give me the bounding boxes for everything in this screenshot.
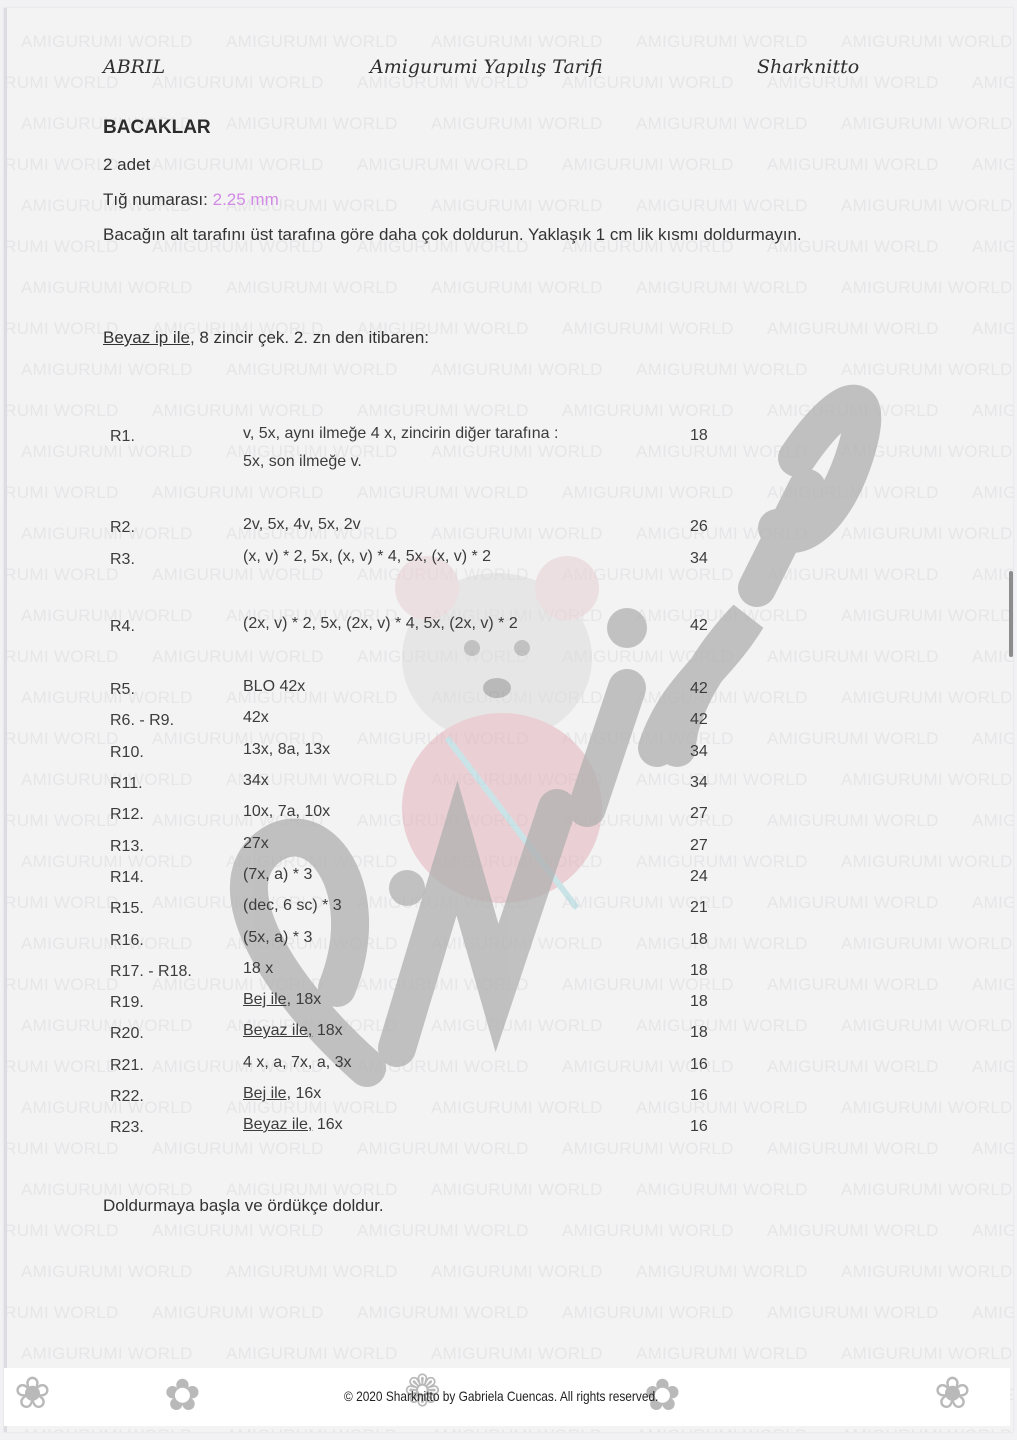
amigurumi-logo-watermark	[157, 288, 957, 1108]
row-label: R2.	[110, 519, 135, 537]
row-stitch-count: 16	[690, 1056, 708, 1074]
row-stitch-count: 27	[690, 837, 708, 855]
row-instruction: (x, v) * 2, 5x, (x, v) * 4, 5x, (x, v) *…	[243, 548, 491, 566]
row-label: R11.	[110, 775, 143, 793]
row-instruction: Bej ile, 16x	[243, 1085, 321, 1103]
footer: ❀ ✿ ❁ ✿ ❀ © 2020 Sharknitto by Gabriela …	[4, 1368, 1010, 1426]
quantity-text: 2 adet	[103, 155, 150, 175]
header-brand: Sharknitto	[757, 56, 859, 78]
yarn-color-change: Bej ile,	[243, 991, 291, 1008]
row-instruction: (dec, 6 sc) * 3	[243, 897, 342, 915]
start-rest: , 8 zincir çek. 2. zn den itibaren:	[190, 328, 429, 347]
row-label: R19.	[110, 994, 144, 1012]
row-stitch-count: 18	[690, 931, 708, 949]
row-label: R16.	[110, 932, 144, 950]
row-stitch-count: 34	[690, 550, 708, 568]
row-instruction: 18 x	[243, 960, 273, 978]
scrollbar-thumb[interactable]	[1009, 571, 1013, 657]
row-label: R1.	[110, 428, 135, 446]
row-instruction: 34x	[243, 772, 269, 790]
header-title: Amigurumi Yapılış Tarifi	[370, 56, 603, 78]
row-stitch-count: 34	[690, 743, 708, 761]
floral-decoration-icon: ✿	[164, 1374, 201, 1418]
hook-size-value: 2.25 mm	[213, 190, 279, 209]
row-instruction: 13x, 8a, 13x	[243, 741, 330, 759]
row-label: R6. - R9.	[110, 712, 174, 730]
section-title: BACAKLAR	[103, 117, 211, 139]
row-stitch-count: 42	[690, 711, 708, 729]
row-label: R12.	[110, 806, 144, 824]
row-stitch-count: 42	[690, 680, 708, 698]
row-instruction: 27x	[243, 835, 269, 853]
row-label: R10.	[110, 744, 144, 762]
row-label: R23.	[110, 1119, 144, 1137]
floral-decoration-icon: ❀	[14, 1372, 51, 1416]
row-label: R15.	[110, 900, 144, 918]
row-stitch-count: 24	[690, 868, 708, 886]
row-instruction: (2x, v) * 2, 5x, (2x, v) * 4, 5x, (2x, v…	[243, 615, 518, 633]
row-instruction: Beyaz ile, 18x	[243, 1022, 343, 1040]
row-instruction: (5x, a) * 3	[243, 929, 312, 947]
row-instruction: 42x	[243, 709, 269, 727]
row-label: R21.	[110, 1057, 144, 1075]
row-stitch-count: 16	[690, 1087, 708, 1105]
row-stitch-count: 34	[690, 774, 708, 792]
row-label: R17. - R18.	[110, 963, 192, 981]
hook-size-line: Tığ numarası: 2.25 mm	[103, 190, 279, 210]
row-stitch-count: 42	[690, 617, 708, 635]
row-label: R5.	[110, 681, 135, 699]
floral-decoration-icon: ❀	[934, 1372, 971, 1416]
row-stitch-count: 18	[690, 993, 708, 1011]
row-stitch-count: 27	[690, 805, 708, 823]
row-stitch-count: 21	[690, 899, 708, 917]
row-label: R14.	[110, 869, 144, 887]
row-label: R4.	[110, 618, 135, 636]
row-instruction: v, 5x, aynı ilmeğe 4 x, zincirin diğer t…	[243, 425, 558, 443]
row-label: R20.	[110, 1025, 144, 1043]
yarn-color-change: Beyaz ile,	[243, 1116, 312, 1133]
start-color: Beyaz ip ile	[103, 328, 190, 347]
row-label: R13.	[110, 838, 144, 856]
row-instruction: (7x, a) * 3	[243, 866, 312, 884]
row-stitch-count: 26	[690, 518, 708, 536]
row-instruction: 2v, 5x, 4v, 5x, 2v	[243, 516, 361, 534]
yarn-color-change: Bej ile,	[243, 1085, 291, 1102]
hook-size-label: Tığ numarası:	[103, 190, 208, 209]
start-instruction: Beyaz ip ile, 8 zincir çek. 2. zn den it…	[103, 328, 429, 348]
yarn-color-change: Beyaz ile,	[243, 1022, 312, 1039]
row-stitch-count: 16	[690, 1118, 708, 1136]
copyright-text: © 2020 Sharknitto by Gabriela Cuencas. A…	[344, 1388, 658, 1404]
row-instruction: 5x, son ilmeğe v.	[243, 453, 362, 471]
row-label: R22.	[110, 1088, 144, 1106]
row-stitch-count: 18	[690, 427, 708, 445]
row-instruction: 10x, 7a, 10x	[243, 803, 330, 821]
row-stitch-count: 18	[690, 1024, 708, 1042]
stuffing-note: Bacağın alt tarafını üst tarafına göre d…	[103, 225, 802, 245]
closing-instruction: Doldurmaya başla ve ördükçe doldur.	[103, 1196, 384, 1216]
row-instruction: Beyaz ile, 16x	[243, 1116, 343, 1134]
header-left: ABRIL	[103, 56, 165, 78]
row-instruction: BLO 42x	[243, 678, 305, 696]
row-stitch-count: 18	[690, 962, 708, 980]
row-instruction: Bej ile, 18x	[243, 991, 321, 1009]
row-label: R3.	[110, 551, 135, 569]
row-instruction: 4 x, a, 7x, a, 3x	[243, 1054, 352, 1072]
